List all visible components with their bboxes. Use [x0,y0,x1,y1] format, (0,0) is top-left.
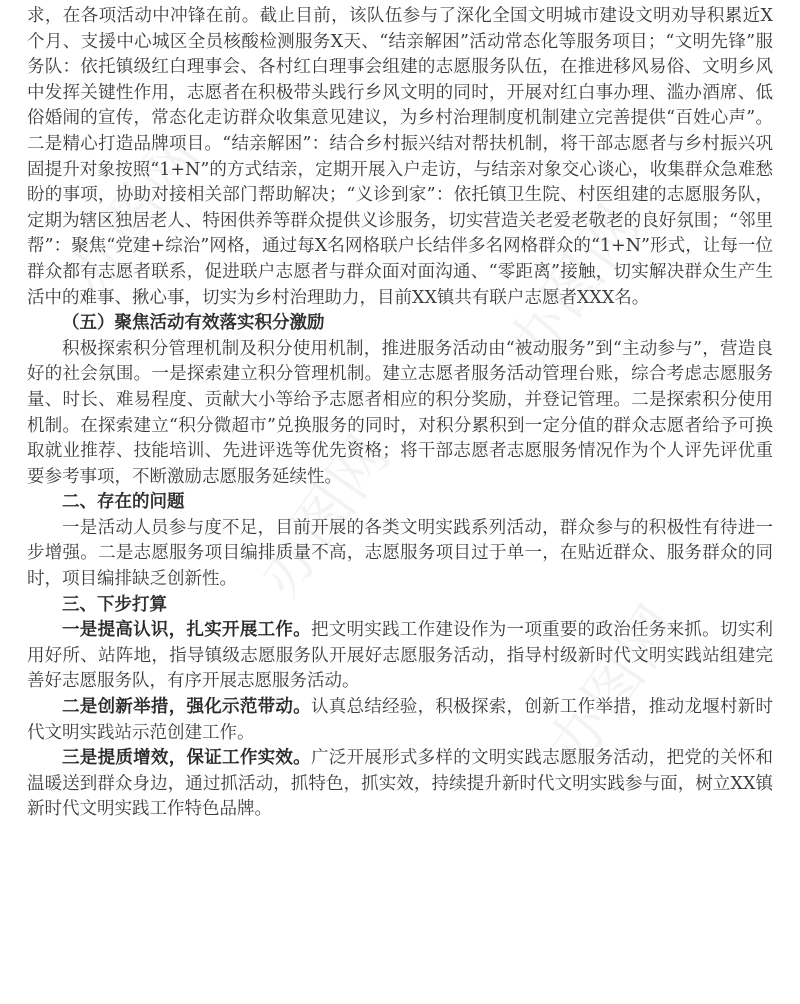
section-heading-next-steps: 三、下步打算 [27,593,773,619]
body-paragraph-problems: 一是活动人员参与度不足，目前开展的各类文明实践系列活动，群众参与的积极性有待进一… [27,516,773,593]
body-paragraph-next-step-2: 二是创新举措，强化示范带动。认真总结经验，积极探索，创新工作举措，推动龙堰村新时… [27,695,773,746]
body-paragraph-next-step-3: 三是提质增效，保证工作实效。广泛开展形式多样的文明实践志愿服务活动，把党的关怀和… [27,746,773,823]
document-page: 求，在各项活动中冲锋在前。截止目前，该队伍参与了深化全国文明城市建设文明劝导积累… [27,4,773,823]
lead-phrase: 一是提高认识，扎实开展工作。 [62,620,311,640]
lead-phrase: 二是创新举措，强化示范带动。 [62,697,311,717]
section-heading-existing-problems: 二、存在的问题 [27,490,773,516]
body-paragraph-points-mechanism: 积极探索积分管理机制及积分使用机制，推进服务活动由“被动服务”到“主动参与”，营… [27,337,773,491]
body-paragraph-next-step-1: 一是提高认识，扎实开展工作。把文明实践工作建设作为一项重要的政治任务来抓。切实利… [27,618,773,695]
body-paragraph-volunteer-teams: 求，在各项活动中冲锋在前。截止目前，该队伍参与了深化全国文明城市建设文明劝导积累… [27,4,773,311]
lead-phrase: 三是提质增效，保证工作实效。 [62,748,311,768]
section-heading-points-incentive: （五）聚焦活动有效落实积分激励 [27,311,773,337]
